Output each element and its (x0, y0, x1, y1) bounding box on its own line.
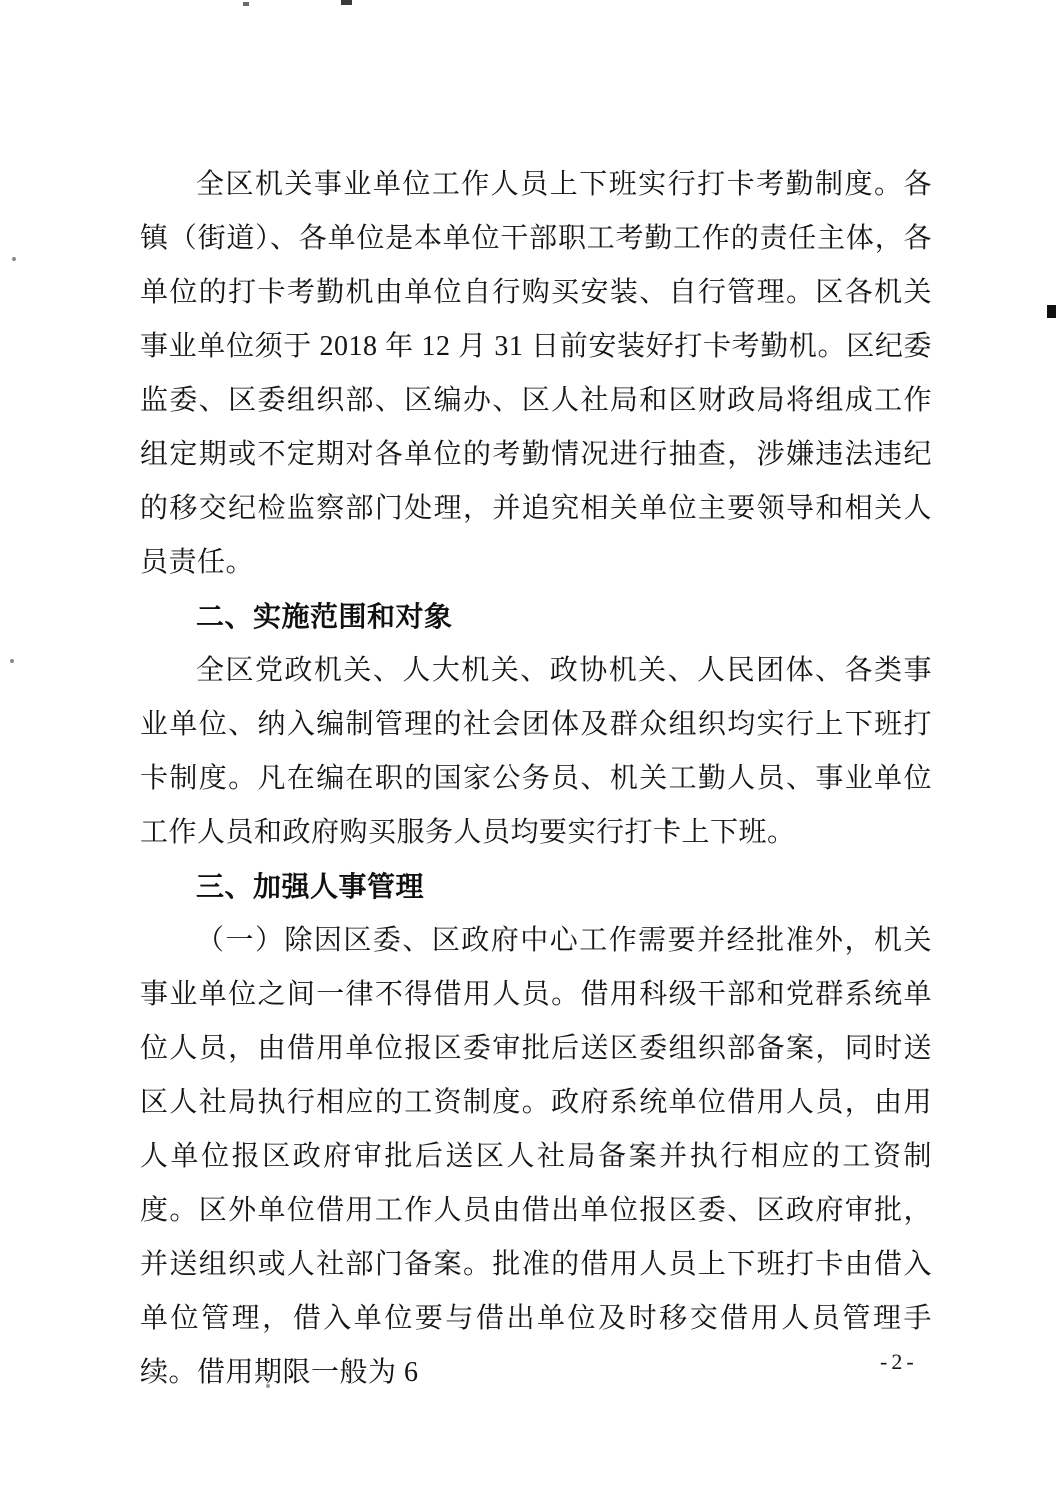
paragraph-personnel-borrowing: （一）除因区委、区政府中心工作需要并经批准外，机关事业单位之间一律不得借用人员。… (140, 914, 932, 1400)
paragraph-attendance-system: 全区机关事业单位工作人员上下班实行打卡考勤制度。各镇（街道）、各单位是本单位干部… (140, 158, 932, 590)
section-heading-2-scope: 二、实施范围和对象 (140, 590, 932, 644)
paragraph-scope-and-targets: 全区党政机关、人大机关、政协机关、人民团体、各类事业单位、纳入编制管理的社会团体… (140, 644, 932, 860)
scanned-document-page: 全区机关事业单位工作人员上下班实行打卡考勤制度。各镇（街道）、各单位是本单位干部… (0, 0, 1057, 1506)
scan-speck (243, 2, 249, 6)
document-body: 全区机关事业单位工作人员上下班实行打卡考勤制度。各镇（街道）、各单位是本单位干部… (140, 158, 932, 1400)
page-number: -2- (880, 1348, 918, 1376)
scan-speck (341, 0, 352, 5)
scan-speck (10, 659, 14, 663)
section-heading-3-personnel: 三、加强人事管理 (140, 860, 932, 914)
scan-speck (12, 257, 16, 261)
scan-speck (1047, 305, 1056, 318)
